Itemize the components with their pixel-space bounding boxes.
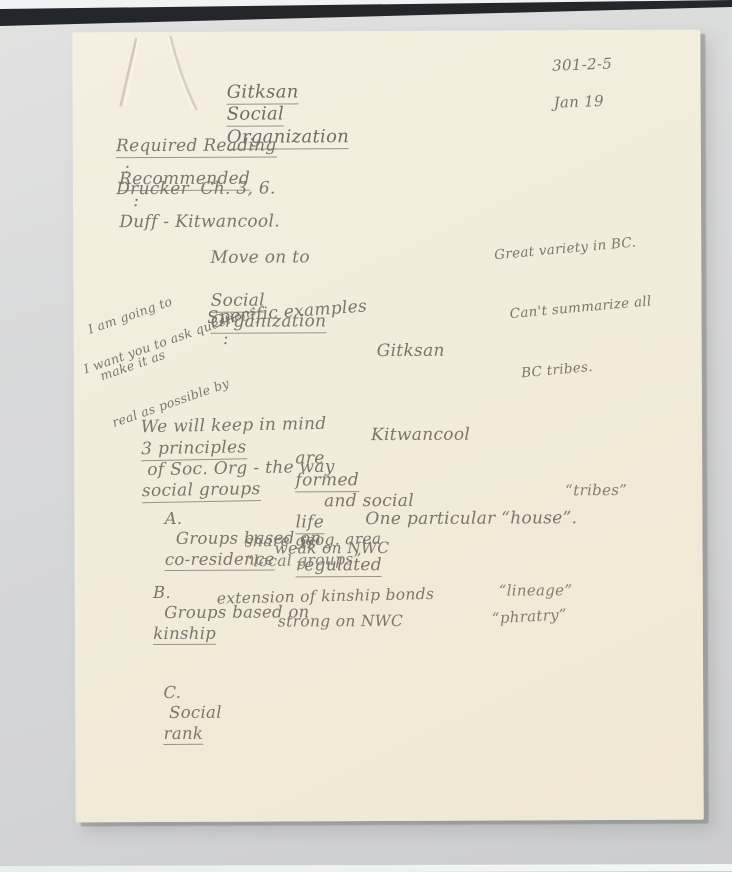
- underlined-phrase: 3 principles: [141, 437, 247, 461]
- section-b-subline-1: extension of kinship bonds: [217, 585, 435, 609]
- section-label: A.: [165, 509, 183, 528]
- section-a-subline-2: weak on NWC: [274, 539, 389, 559]
- header-row: 301-2-5 Jan 19: [521, 35, 615, 132]
- title-word: Gitksan: [227, 81, 299, 104]
- text-segment: are: [295, 449, 330, 469]
- example-item: Gitksan: [377, 336, 577, 365]
- section-a-right-note: “tribes”: [565, 481, 627, 500]
- underlined-phrase: kinship: [153, 624, 216, 645]
- underlined-phrase: rank: [164, 724, 204, 745]
- colon-separator: :: [133, 191, 139, 211]
- date-label: Jan 19: [553, 92, 604, 112]
- colon-separator: :: [222, 328, 229, 348]
- scanner-edge-strip: [0, 0, 732, 30]
- recommended-label: Recommended: [119, 169, 250, 192]
- section-c-heading: C. Social rank: [130, 662, 227, 766]
- scan-bottom-edge: [0, 864, 732, 872]
- section-label: B.: [153, 583, 171, 602]
- margin-note-line: Great variety in BC.: [493, 232, 647, 266]
- section-b-right-note-1: “lineage”: [499, 581, 573, 600]
- scanned-page-background: 301-2-5 Jan 19 Gitksan Social Organizati…: [0, 0, 732, 872]
- examples-label-text: Specific examples: [206, 297, 367, 329]
- move-on-text: Move on to: [210, 248, 309, 268]
- classification-code: 301-2-5: [552, 54, 613, 74]
- paper-sheet: 301-2-5 Jan 19 Gitksan Social Organizati…: [72, 30, 703, 823]
- section-b-subline-2: strong on NWC: [278, 612, 403, 632]
- specific-examples-label: Specific examples :: [171, 275, 371, 374]
- section-b-right-note-2: “phratry”: [491, 605, 567, 628]
- section-label: C.: [163, 683, 181, 702]
- text-segment: Social: [163, 703, 227, 722]
